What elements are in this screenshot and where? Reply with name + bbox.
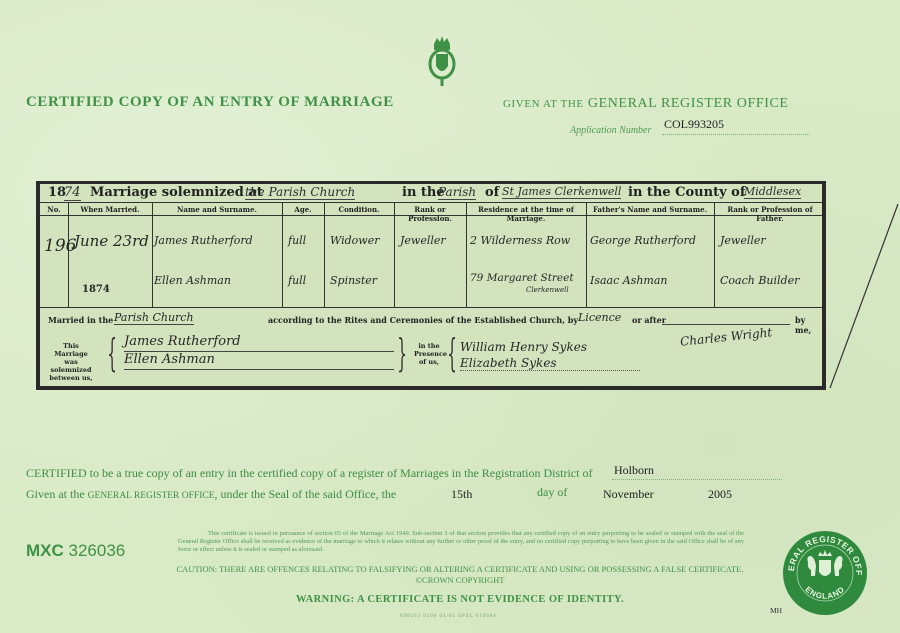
day-of-label: day of: [537, 485, 567, 500]
parish-type: Parish: [438, 185, 476, 200]
register-entry-table: 18 74 Marriage solemnized at the Parish …: [36, 181, 826, 390]
certified-text: CERTIFIED to be a true copy of an entry …: [26, 466, 592, 480]
column-divider: [394, 202, 395, 307]
groom-name: James Rutherford: [154, 234, 253, 247]
given-at-suffix-text: , under the Seal of the said Office, the: [215, 487, 397, 501]
given-at-header: Given at the GENERAL REGISTER OFFICE: [503, 96, 789, 112]
column-divider: [324, 202, 325, 307]
serial-number: 326036: [69, 541, 126, 560]
row-divider: [40, 307, 822, 308]
presence-label-line: of us,: [414, 358, 444, 366]
bride-father-name: Isaac Ashman: [590, 274, 668, 287]
gro-seal-icon: GENERAL REGISTER OFFICE ENGLAND: [782, 530, 868, 616]
groom-residence: 2 Wilderness Row: [470, 234, 570, 247]
certificate-serial: MXC 326036: [26, 541, 125, 561]
bride-name: Ellen Ashman: [154, 274, 231, 287]
by-method: Licence: [578, 311, 621, 324]
given-at-line: Given at the GENERAL REGISTER OFFICE, un…: [26, 487, 396, 502]
col-when-married: When Married.: [68, 205, 152, 214]
cancellation-line: [826, 200, 900, 390]
solemnized-label: Marriage solemnized at: [90, 185, 263, 200]
col-no: No.: [40, 205, 68, 214]
royal-crest-icon: [428, 36, 456, 88]
column-divider: [586, 202, 587, 307]
when-married-year: 1874: [82, 284, 110, 295]
bride-father-rank: Coach Builder: [720, 274, 799, 287]
bride-residence: 79 Margaret Street: [470, 272, 574, 284]
of-label: of: [485, 185, 499, 200]
groom-rank: Jeweller: [400, 234, 446, 247]
signature-groom: James Rutherford: [124, 334, 241, 349]
issue-day: 15th: [451, 487, 472, 502]
year-suffix: 74: [64, 185, 81, 201]
witness-2: Elizabeth Sykes: [460, 356, 557, 370]
col-rank: Rank or Profession.: [394, 205, 466, 223]
when-married: June 23rd: [74, 232, 149, 250]
certificate-title: CERTIFIED COPY OF AN ENTRY OF MARRIAGE: [26, 94, 394, 111]
print-code: 090563 9198 04/05 SPSL 010604: [400, 614, 497, 619]
groom-father-name: George Rutherford: [590, 234, 696, 247]
between-label-line: between us,: [48, 374, 94, 382]
county-label: in the County of: [628, 185, 745, 200]
column-divider: [466, 202, 467, 307]
certified-line: CERTIFIED to be a true copy of an entry …: [26, 466, 592, 481]
between-label-line: This Marriage: [48, 342, 94, 358]
brace-left: {: [107, 334, 117, 372]
serial-prefix: MXC: [26, 541, 64, 560]
solemnized-at: the Parish Church: [245, 185, 355, 200]
rites-text: according to the Rites and Ceremonies of…: [268, 315, 578, 325]
caution-notice: CAUTION: THERE ARE OFFENCES RELATING TO …: [170, 564, 750, 586]
by-me-label: by me,: [795, 315, 822, 335]
or-after-label: or after: [632, 315, 666, 325]
married-in-value: Parish Church: [114, 311, 264, 324]
groom-age: full: [288, 234, 306, 247]
parish-name: St James Clerkenwell: [502, 185, 621, 199]
issue-month: November: [603, 487, 654, 502]
given-at-prefix-text: Given at the: [26, 487, 85, 501]
application-number-row: Application Number COL993205: [570, 120, 810, 138]
officiant-signature: Charles Wright: [680, 325, 773, 349]
given-at-office-text: GENERAL REGISTER OFFICE: [88, 491, 215, 501]
registration-district: Holborn: [614, 463, 654, 478]
married-in-text: Parish Church: [114, 311, 194, 325]
column-divider: [152, 202, 153, 307]
identity-warning: WARNING: A CERTIFICATE IS NOT EVIDENCE O…: [170, 594, 750, 605]
county: Middlesex: [744, 185, 801, 199]
column-divider: [282, 202, 283, 307]
application-number-value: COL993205: [664, 117, 724, 132]
presence-label-line: Presence: [414, 350, 444, 358]
column-divider: [714, 202, 715, 307]
legal-fine-print: This certificate is issued in pursuance …: [178, 530, 744, 554]
bride-condition: Spinster: [330, 274, 377, 287]
col-father-name: Father's Name and Surname.: [586, 205, 714, 214]
brace-right: }: [397, 334, 407, 372]
between-label-line: was solemnized: [48, 358, 94, 374]
district-line: [612, 479, 782, 480]
witness-1: William Henry Sykes: [460, 340, 587, 354]
signature-line: [124, 369, 394, 370]
entry-number: 196: [44, 236, 76, 256]
issue-year: 2005: [708, 487, 732, 502]
col-father-rank: Rank or Profession of Father.: [714, 205, 826, 223]
mh-mark: MH: [770, 606, 782, 615]
given-at-office: GENERAL REGISTER OFFICE: [588, 96, 789, 111]
application-number-line: [662, 134, 810, 135]
bride-residence-line2: Clerkenwell: [526, 286, 569, 294]
column-headers: No. When Married. Name and Surname. Age.…: [40, 202, 822, 216]
groom-condition: Widower: [330, 234, 379, 247]
col-age: Age.: [282, 205, 324, 214]
married-in-label: Married in the: [48, 315, 113, 325]
brace-witness: {: [447, 334, 457, 372]
witness-line: [460, 370, 640, 371]
register-heading: 18 74 Marriage solemnized at the Parish …: [40, 184, 822, 202]
application-number-label: Application Number: [570, 125, 651, 136]
col-residence: Residence at the time of Marriage.: [466, 205, 586, 223]
col-condition: Condition.: [324, 205, 394, 214]
solemnized-between-label: This Marriage was solemnized between us,: [48, 342, 94, 382]
presence-label-line: in the: [414, 342, 444, 350]
given-at-prefix: Given at the: [503, 98, 584, 110]
presence-label: in the Presence of us,: [414, 342, 444, 366]
col-name: Name and Surname.: [152, 205, 282, 214]
bride-age: full: [288, 274, 306, 287]
groom-father-rank: Jeweller: [720, 234, 766, 247]
signature-bride: Ellen Ashman: [124, 352, 215, 367]
